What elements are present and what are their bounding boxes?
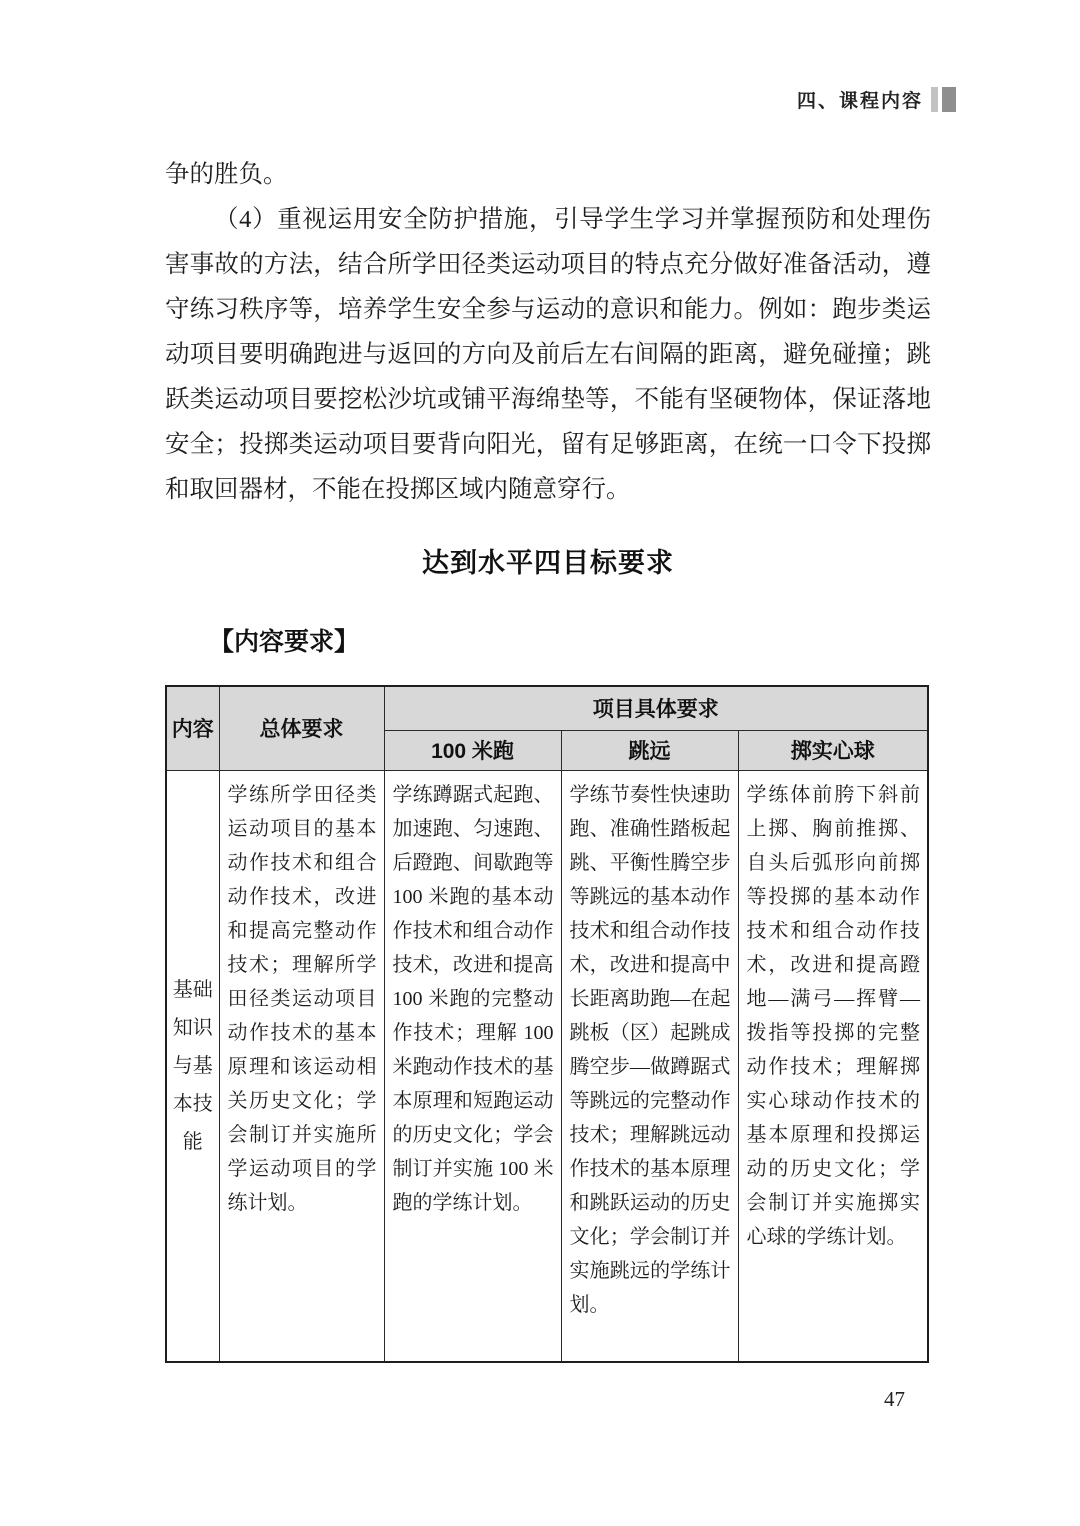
col-header-overall: 总体要求: [219, 686, 384, 770]
content-requirements-table: 内容 总体要求 项目具体要求 100 米跑 跳远 掷实心球 基础知识与基本技能 …: [165, 685, 929, 1363]
page-content: 争的胜负。 （4）重视运用安全防护措施，引导学生学习并掌握预防和处理伤害事故的方…: [165, 152, 931, 1363]
ornament-bar-dark: [942, 87, 956, 112]
ornament-bar-light: [931, 87, 938, 112]
col-header-content: 内容: [166, 686, 219, 770]
row-overall-cell: 学练所学田径类运动项目的基本动作技术和组合动作技术，改进和提高完整动作技术；理解…: [219, 770, 384, 1362]
table-header-row-1: 内容 总体要求 项目具体要求: [166, 686, 928, 730]
col-header-specific-group: 项目具体要求: [384, 686, 928, 730]
paragraph-continuation: 争的胜负。: [165, 152, 931, 197]
row-category-cell: 基础知识与基本技能: [166, 770, 219, 1362]
row-solid-ball-cell: 学练体前胯下斜前上掷、胸前推掷、自头后弧形向前掷等投掷的基本动作技术和组合动作技…: [738, 770, 928, 1362]
col-header-long-jump: 跳远: [561, 730, 738, 770]
running-head: 四、课程内容: [797, 86, 956, 113]
subsection-label: 【内容要求】: [209, 622, 931, 658]
paragraph-safety-measures: （4）重视运用安全防护措施，引导学生学习并掌握预防和处理伤害事故的方法，结合所学…: [165, 197, 931, 512]
section-heading: 达到水平四目标要求: [165, 541, 931, 580]
row-long-jump-cell: 学练节奏性快速助跑、准确性踏板起跳、平衡性腾空步等跳远的基本动作技术和组合动作技…: [561, 770, 738, 1362]
table-row: 基础知识与基本技能 学练所学田径类运动项目的基本动作技术和组合动作技术，改进和提…: [166, 770, 928, 1362]
running-head-title: 四、课程内容: [797, 86, 923, 113]
page-number: 47: [884, 1387, 905, 1412]
document-page: { "running_head": { "title": "四、课程内容" },…: [0, 0, 1080, 1526]
running-head-ornament: [931, 87, 956, 112]
row-100m-run-cell: 学练蹲踞式起跑、加速跑、匀速跑、后蹬跑、间歇跑等 100 米跑的基本动作技术和组…: [384, 770, 561, 1362]
col-header-100m-run: 100 米跑: [384, 730, 561, 770]
col-header-solid-ball: 掷实心球: [738, 730, 928, 770]
